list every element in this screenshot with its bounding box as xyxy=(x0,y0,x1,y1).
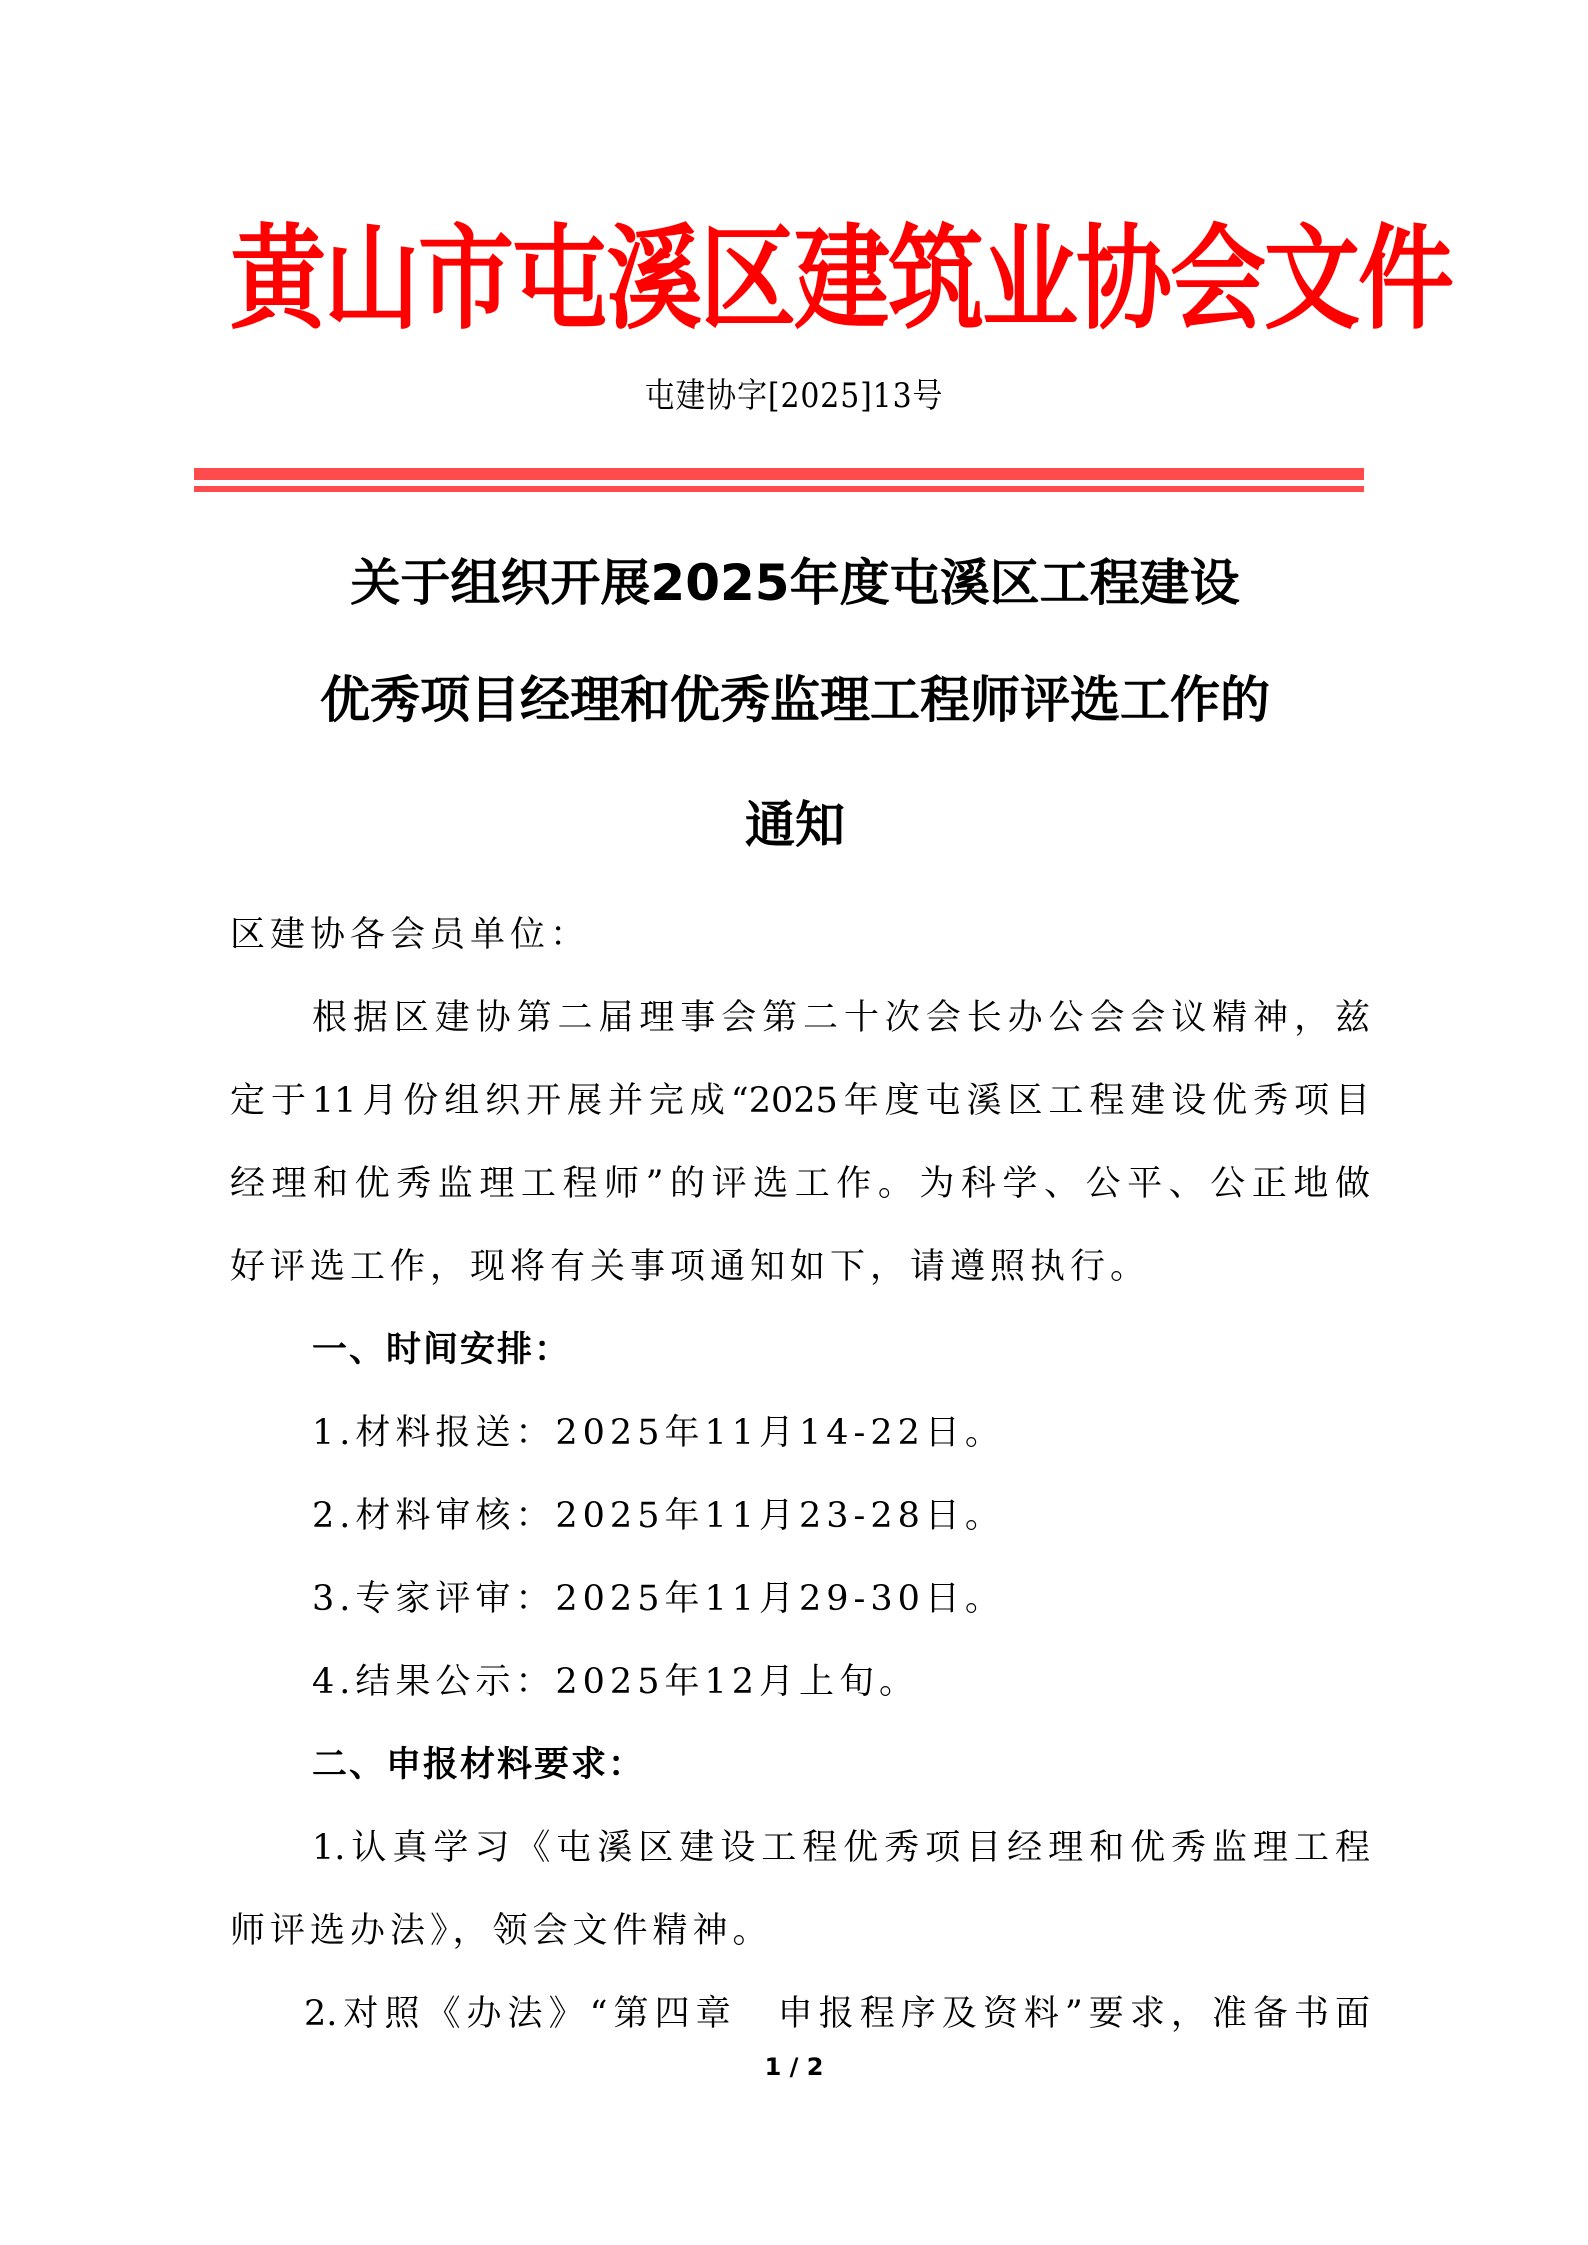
intro-paragraph-line-1: 根据区建协第二届理事会第二十次会长办公会会议精神，兹 xyxy=(230,993,1370,1043)
requirement-1-line-1: 1.认真学习《屯溪区建设工程优秀项目经理和优秀监理工程 xyxy=(230,1823,1370,1873)
requirement-1-line-2: 师评选办法》，领会文件精神。 xyxy=(230,1906,1370,1956)
document-number: 屯建协字[2025]13号 xyxy=(95,372,1492,420)
organization-title: 黄山市屯溪区建筑业协会文件 xyxy=(230,202,1370,355)
section-2-title: 二、申报材料要求： xyxy=(230,1740,1452,1790)
schedule-item-1: 1.材料报送：2025年11月14-22日。 xyxy=(230,1408,1452,1458)
red-header-rule-thin xyxy=(194,486,1364,492)
schedule-item-3: 3.专家评审：2025年11月29-30日。 xyxy=(230,1574,1452,1624)
notice-title-line-1: 关于组织开展2025年度屯溪区工程建设 xyxy=(200,553,1390,613)
requirement-2-line-1: 2.对照《办法》“第四章 申报程序及资料”要求，准备书面 xyxy=(230,1989,1370,2039)
page-number: 1 / 2 xyxy=(0,2052,1588,2082)
intro-paragraph-line-4: 好评选工作，现将有关事项通知如下，请遵照执行。 xyxy=(230,1242,1370,1292)
red-header-rule-thick xyxy=(194,468,1364,480)
notice-title-line-3: 通知 xyxy=(200,795,1390,855)
section-1-title: 一、时间安排： xyxy=(230,1325,1452,1375)
schedule-item-2: 2.材料审核：2025年11月23-28日。 xyxy=(230,1491,1452,1541)
schedule-item-4: 4.结果公示：2025年12月上旬。 xyxy=(230,1657,1452,1707)
intro-paragraph-line-2: 定于11月份组织开展并完成“2025年度屯溪区工程建设优秀项目 xyxy=(230,1076,1370,1126)
notice-title-line-2: 优秀项目经理和优秀监理工程师评选工作的 xyxy=(200,670,1390,730)
intro-paragraph-line-3: 经理和优秀监理工程师”的评选工作。为科学、公平、公正地做 xyxy=(230,1159,1370,1209)
salutation: 区建协各会员单位： xyxy=(230,910,1370,960)
